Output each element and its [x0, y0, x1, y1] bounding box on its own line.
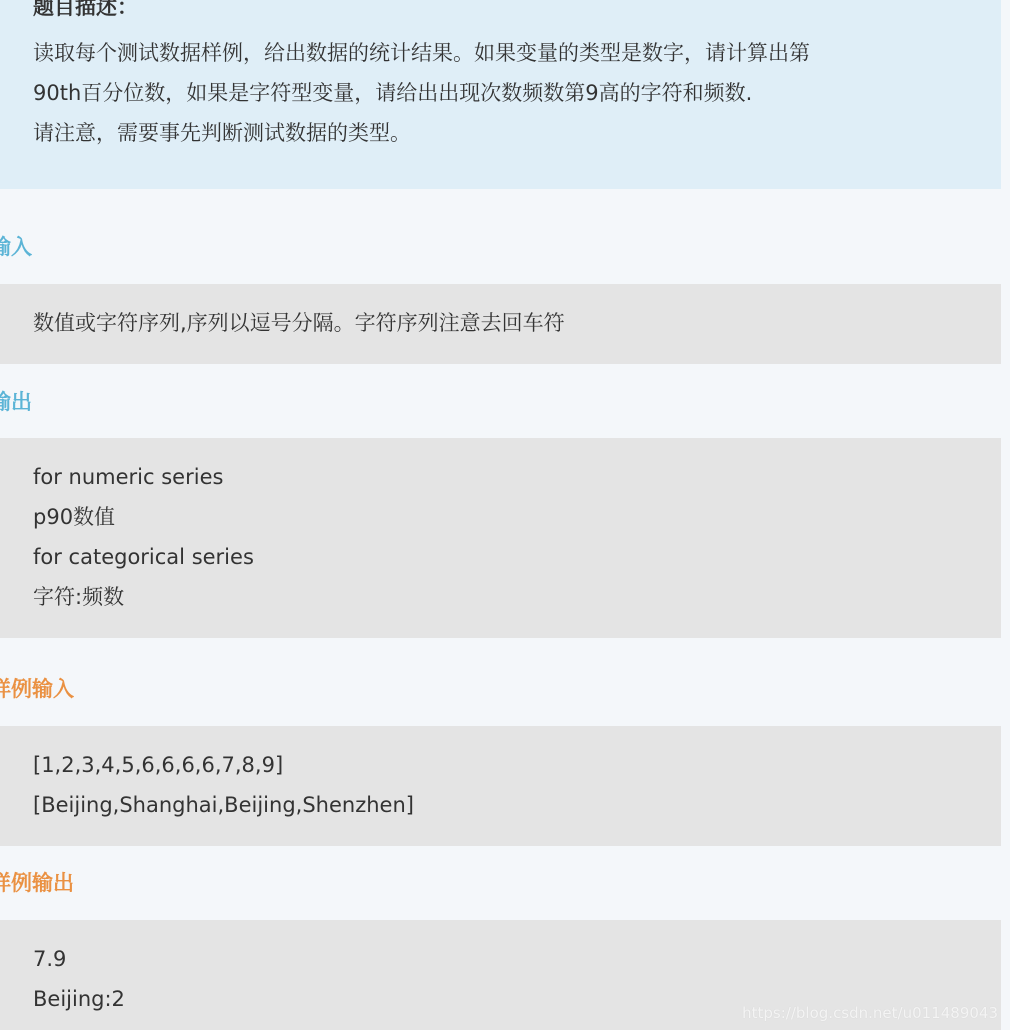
sample-input-line: [1,2,3,4,5,6,6,6,6,7,8,9] — [33, 745, 414, 785]
output-format-line: p90数值 — [33, 497, 254, 537]
output-format-box: for numeric series p90数值 for categorical… — [0, 438, 1001, 638]
watermark-url: https://blog.csdn.net/u011489043 — [742, 1004, 998, 1022]
sample-output-line: Beijing:2 — [33, 979, 125, 1019]
description-line: 读取每个测试数据样例，给出数据的统计结果。如果变量的类型是数字，请计算出第 — [33, 33, 810, 73]
sample-input-line: [Beijing,Shanghai,Beijing,Shenzhen] — [33, 785, 414, 825]
output-heading: 输出 — [0, 387, 32, 417]
output-format-line: 字符:频数 — [33, 577, 254, 617]
sample-input-box: [1,2,3,4,5,6,6,6,6,7,8,9] [Beijing,Shang… — [0, 726, 1001, 846]
input-format-box: 数值或字符序列,序列以逗号分隔。字符序列注意去回车符 — [0, 284, 1001, 364]
sample-output-line: 7.9 — [33, 939, 125, 979]
output-format-line: for numeric series — [33, 457, 254, 497]
input-format-line: 数值或字符序列,序列以逗号分隔。字符序列注意去回车符 — [33, 303, 565, 343]
output-format-line: for categorical series — [33, 537, 254, 577]
description-text: 读取每个测试数据样例，给出数据的统计结果。如果变量的类型是数字，请计算出第 90… — [33, 33, 810, 153]
sample-output-heading: 样例输出 — [0, 868, 74, 898]
description-line: 90th百分位数，如果是字符型变量，请给出出现次数频数第9高的字符和频数. — [33, 73, 810, 113]
sample-input-heading: 样例输入 — [0, 674, 74, 704]
problem-description-box: 题目描述： 读取每个测试数据样例，给出数据的统计结果。如果变量的类型是数字，请计… — [0, 0, 1001, 189]
input-heading: 输入 — [0, 232, 32, 262]
description-line: 请注意，需要事先判断测试数据的类型。 — [33, 113, 810, 153]
description-title: 题目描述： — [33, 0, 138, 22]
